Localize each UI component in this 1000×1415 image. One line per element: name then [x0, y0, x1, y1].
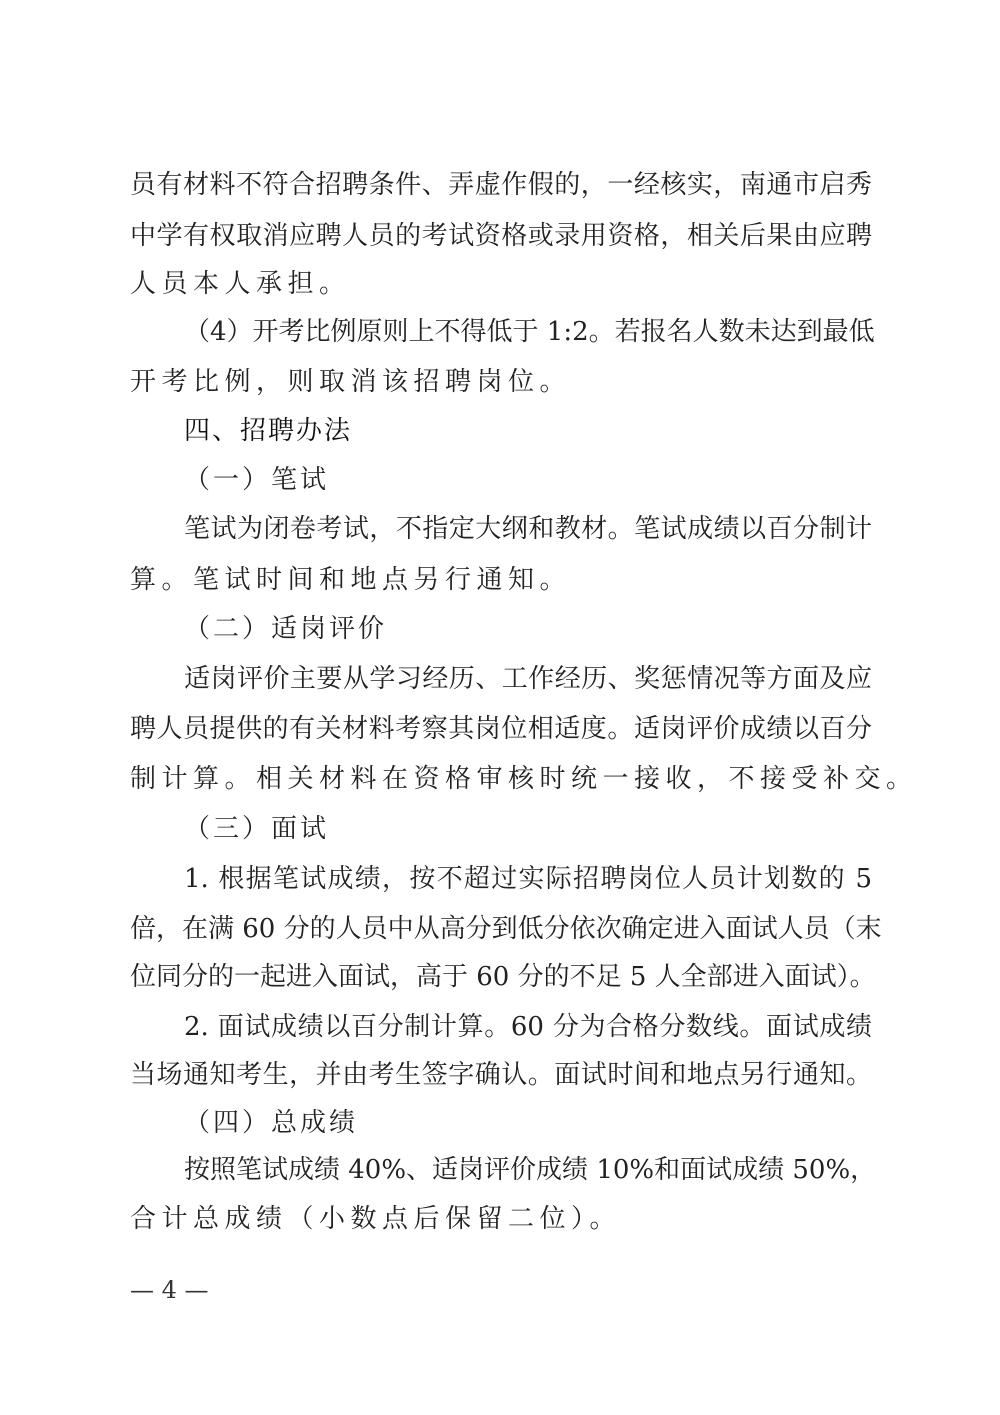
paragraph-line: 1. 根据笔试成绩，按不超过实际招聘岗位人员计划数的 5	[184, 862, 872, 896]
paragraph-line: 当场通知考生，并由考生签字确认。面试时间和地点另行通知。	[130, 1058, 872, 1092]
paragraph-line: 2. 面试成绩以百分制计算。60 分为合格分数线。面试成绩	[184, 1010, 872, 1044]
subsection-heading: （四）总成绩	[184, 1106, 872, 1140]
paragraph-line: 位同分的一起进入面试，高于 60 分的不足 5 人全部进入面试）。	[130, 960, 872, 994]
paragraph-line: 开考比例，则取消该招聘岗位。	[130, 365, 872, 399]
paragraph-line: 中学有权取消应聘人员的考试资格或录用资格，相关后果由应聘	[130, 219, 872, 253]
subsection-heading: （一）笔试	[184, 463, 872, 497]
paragraph-line: 倍，在满 60 分的人员中从高分到低分依次确定进入面试人员（末	[130, 912, 872, 946]
subsection-heading: （三）面试	[184, 812, 872, 846]
paragraph-line: 适岗评价主要从学习经历、工作经历、奖惩情况等方面及应	[184, 662, 872, 696]
paragraph-line: （4）开考比例原则上不得低于 1:2。若报名人数未达到最低	[184, 315, 872, 349]
paragraph-line: 聘人员提供的有关材料考察其岗位相适度。适岗评价成绩以百分	[130, 712, 872, 746]
paragraph-line: 合计总成绩（小数点后保留二位）。	[130, 1202, 872, 1236]
paragraph-line: 制计算。相关材料在资格审核时统一接收，不接受补交。	[130, 762, 872, 796]
paragraph-line: 算。笔试时间和地点另行通知。	[130, 563, 872, 597]
section-heading: 四、招聘办法	[184, 414, 872, 448]
paragraph-line: 人员本人承担。	[130, 267, 872, 301]
subsection-heading: （二）适岗评价	[184, 612, 872, 646]
page-number: — 4 —	[130, 1275, 209, 1305]
paragraph-line: 员有材料不符合招聘条件、弄虚作假的，一经核实，南通市启秀	[130, 168, 872, 202]
paragraph-line: 按照笔试成绩 40%、适岗评价成绩 10%和面试成绩 50%，	[184, 1153, 872, 1187]
paragraph-line: 笔试为闭卷考试，不指定大纲和教材。笔试成绩以百分制计	[184, 512, 872, 546]
